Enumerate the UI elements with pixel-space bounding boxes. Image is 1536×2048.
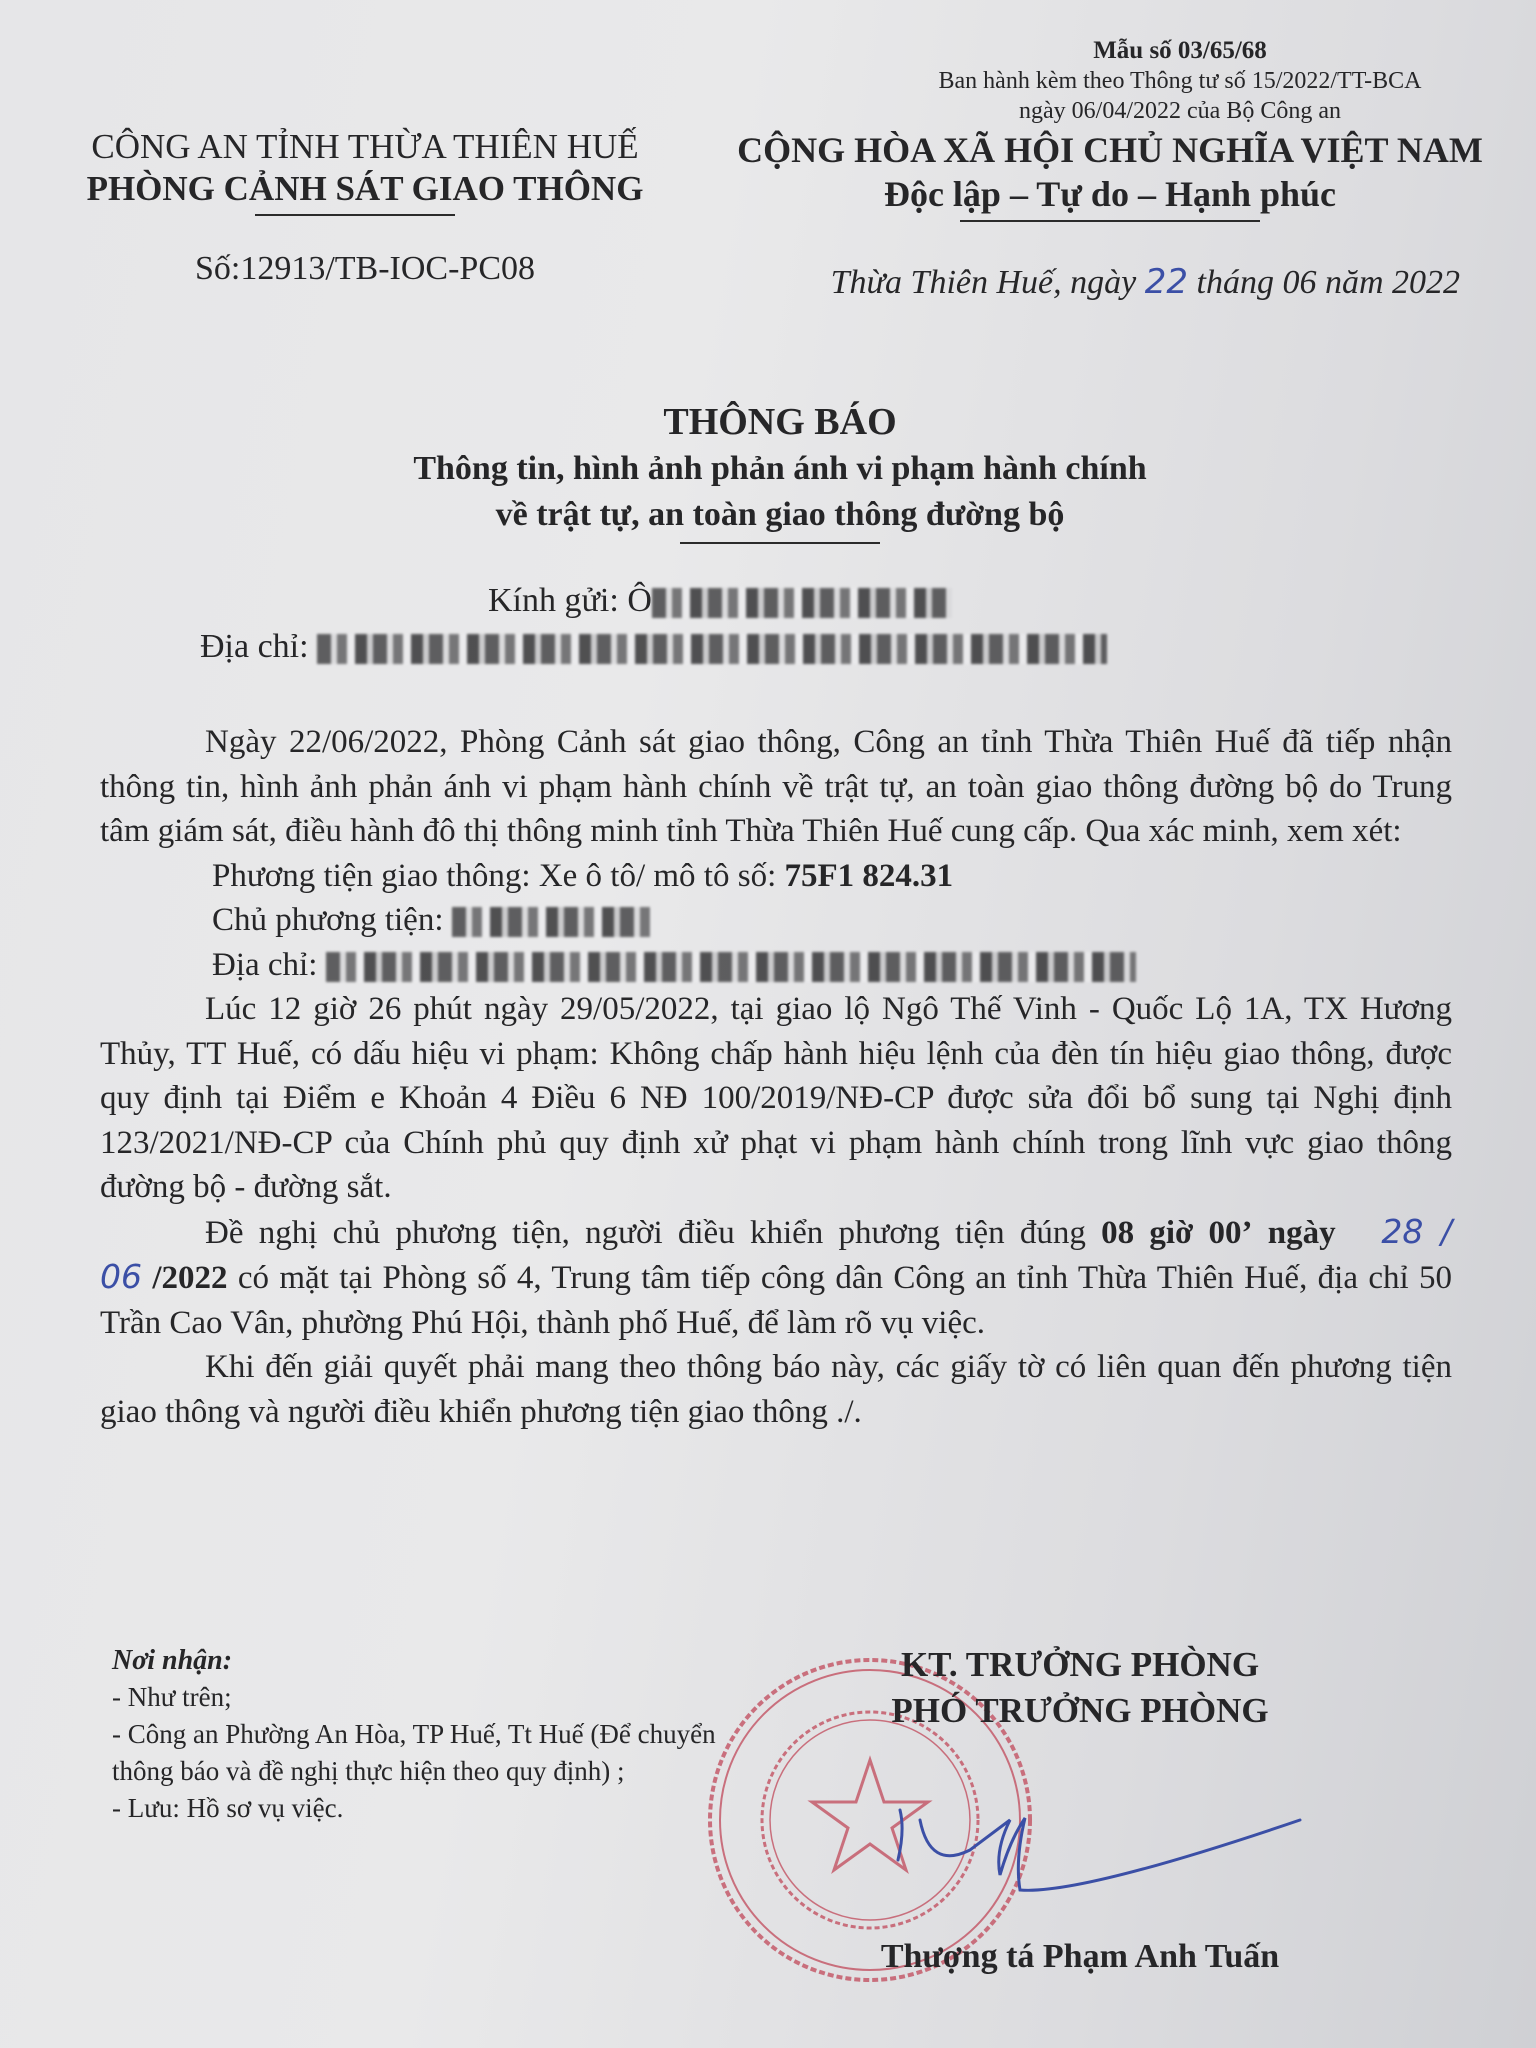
form-code: Mẫu số 03/65/68 bbox=[820, 36, 1536, 66]
vehicle-line: Phương tiện giao thông: Xe ô tô/ mô tô s… bbox=[100, 854, 1452, 899]
redacted-owner-address bbox=[326, 952, 1136, 982]
signer-name: Thượng tá Phạm Anh Tuấn bbox=[820, 1938, 1340, 1976]
to-label: Kính gửi: bbox=[488, 582, 619, 619]
paragraph-intro: Ngày 22/06/2022, Phòng Cảnh sát giao thô… bbox=[100, 720, 1452, 854]
owner-line: Chủ phương tiện: bbox=[100, 898, 1452, 943]
org-underline bbox=[255, 214, 455, 216]
title-main: THÔNG BÁO bbox=[240, 398, 1320, 446]
summons-day-label: ngày bbox=[1268, 1215, 1336, 1251]
title-sub-line1: Thông tin, hình ảnh phản ánh vi phạm hàn… bbox=[240, 446, 1320, 492]
nation-motto: Độc lập – Tự do – Hạnh phúc bbox=[690, 172, 1530, 216]
addressee-address: Địa chỉ: bbox=[200, 624, 1400, 670]
handwritten-signature-icon bbox=[880, 1790, 1330, 1910]
summons-time: 08 giờ 00’ bbox=[1101, 1215, 1252, 1251]
form-reference: Mẫu số 03/65/68 Ban hành kèm theo Thông … bbox=[820, 36, 1536, 126]
form-issued-line2: ngày 06/04/2022 của Bộ Công an bbox=[820, 96, 1536, 126]
owner-address-line: Địa chỉ: bbox=[100, 943, 1452, 988]
summons-text-a: Đề nghị chủ phương tiện, người điều khiể… bbox=[205, 1215, 1101, 1251]
issuing-organization: CÔNG AN TỈNH THỪA THIÊN HUẾ PHÒNG CẢNH S… bbox=[60, 126, 670, 216]
summons-text-b: có mặt tại Phòng số 4, Trung tâm tiếp cô… bbox=[100, 1260, 1452, 1341]
recipients: Nơi nhận: - Như trên; - Công an Phường A… bbox=[112, 1642, 732, 1827]
vehicle-plate: 75F1 824.31 bbox=[785, 858, 954, 894]
address-label: Địa chỉ: bbox=[200, 628, 309, 665]
org-department: PHÒNG CẢNH SÁT GIAO THÔNG bbox=[60, 168, 670, 210]
notice-title: THÔNG BÁO Thông tin, hình ảnh phản ánh v… bbox=[240, 398, 1320, 544]
owner-address-label: Địa chỉ: bbox=[212, 947, 317, 983]
vehicle-label: Phương tiện giao thông: Xe ô tô/ mô tô s… bbox=[212, 858, 785, 894]
handwritten-day: 22 bbox=[1145, 262, 1188, 302]
recipient-item: - Công an Phường An Hòa, TP Huế, Tt Huế … bbox=[112, 1716, 732, 1790]
owner-label: Chủ phương tiện: bbox=[212, 902, 444, 938]
place-prefix: Thừa Thiên Huế, ngày bbox=[831, 264, 1137, 301]
place-suffix: tháng 06 năm 2022 bbox=[1197, 264, 1461, 301]
signer-title-line2: PHÓ TRƯỞNG PHÒNG bbox=[820, 1688, 1340, 1734]
addressee-to: Kính gửi: Ô bbox=[200, 578, 1400, 624]
redacted-name bbox=[652, 588, 952, 618]
nation-name: CỘNG HÒA XÃ HỘI CHỦ NGHĨA VIỆT NAM bbox=[690, 128, 1530, 172]
recipient-item: - Như trên; bbox=[112, 1679, 732, 1716]
org-parent: CÔNG AN TỈNH THỪA THIÊN HUẾ bbox=[60, 126, 670, 168]
paragraph-instructions: Khi đến giải quyết phải mang theo thông … bbox=[100, 1345, 1452, 1434]
form-issued-line1: Ban hành kèm theo Thông tư số 15/2022/TT… bbox=[820, 66, 1536, 96]
recipient-item: - Lưu: Hồ sơ vụ việc. bbox=[112, 1790, 732, 1827]
to-value-visible: Ô bbox=[627, 582, 652, 619]
paragraph-violation: Lúc 12 giờ 26 phút ngày 29/05/2022, tại … bbox=[100, 987, 1452, 1210]
signer-title-line1: KT. TRƯỞNG PHÒNG bbox=[820, 1642, 1340, 1688]
title-sub-line2: về trật tự, an toàn giao thông đường bộ bbox=[240, 492, 1320, 538]
summons-year: /2022 bbox=[152, 1260, 227, 1296]
place-and-date: Thừa Thiên Huế, ngày 22 tháng 06 năm 202… bbox=[700, 262, 1460, 302]
title-underline bbox=[680, 542, 880, 544]
paragraph-summons: Đề nghị chủ phương tiện, người điều khiể… bbox=[100, 1210, 1452, 1346]
addressee: Kính gửi: Ô Địa chỉ: bbox=[200, 578, 1400, 670]
notice-body: Ngày 22/06/2022, Phòng Cảnh sát giao thô… bbox=[100, 720, 1452, 1434]
document-number: Số:12913/TB-IOC-PC08 bbox=[60, 250, 670, 288]
recipients-heading: Nơi nhận: bbox=[112, 1642, 732, 1679]
redacted-address bbox=[317, 634, 1107, 664]
redacted-owner bbox=[452, 907, 652, 937]
national-motto: CỘNG HÒA XÃ HỘI CHỦ NGHĨA VIỆT NAM Độc l… bbox=[690, 128, 1530, 222]
signature-block: KT. TRƯỞNG PHÒNG PHÓ TRƯỞNG PHÒNG bbox=[820, 1642, 1340, 1734]
motto-underline bbox=[960, 220, 1260, 222]
